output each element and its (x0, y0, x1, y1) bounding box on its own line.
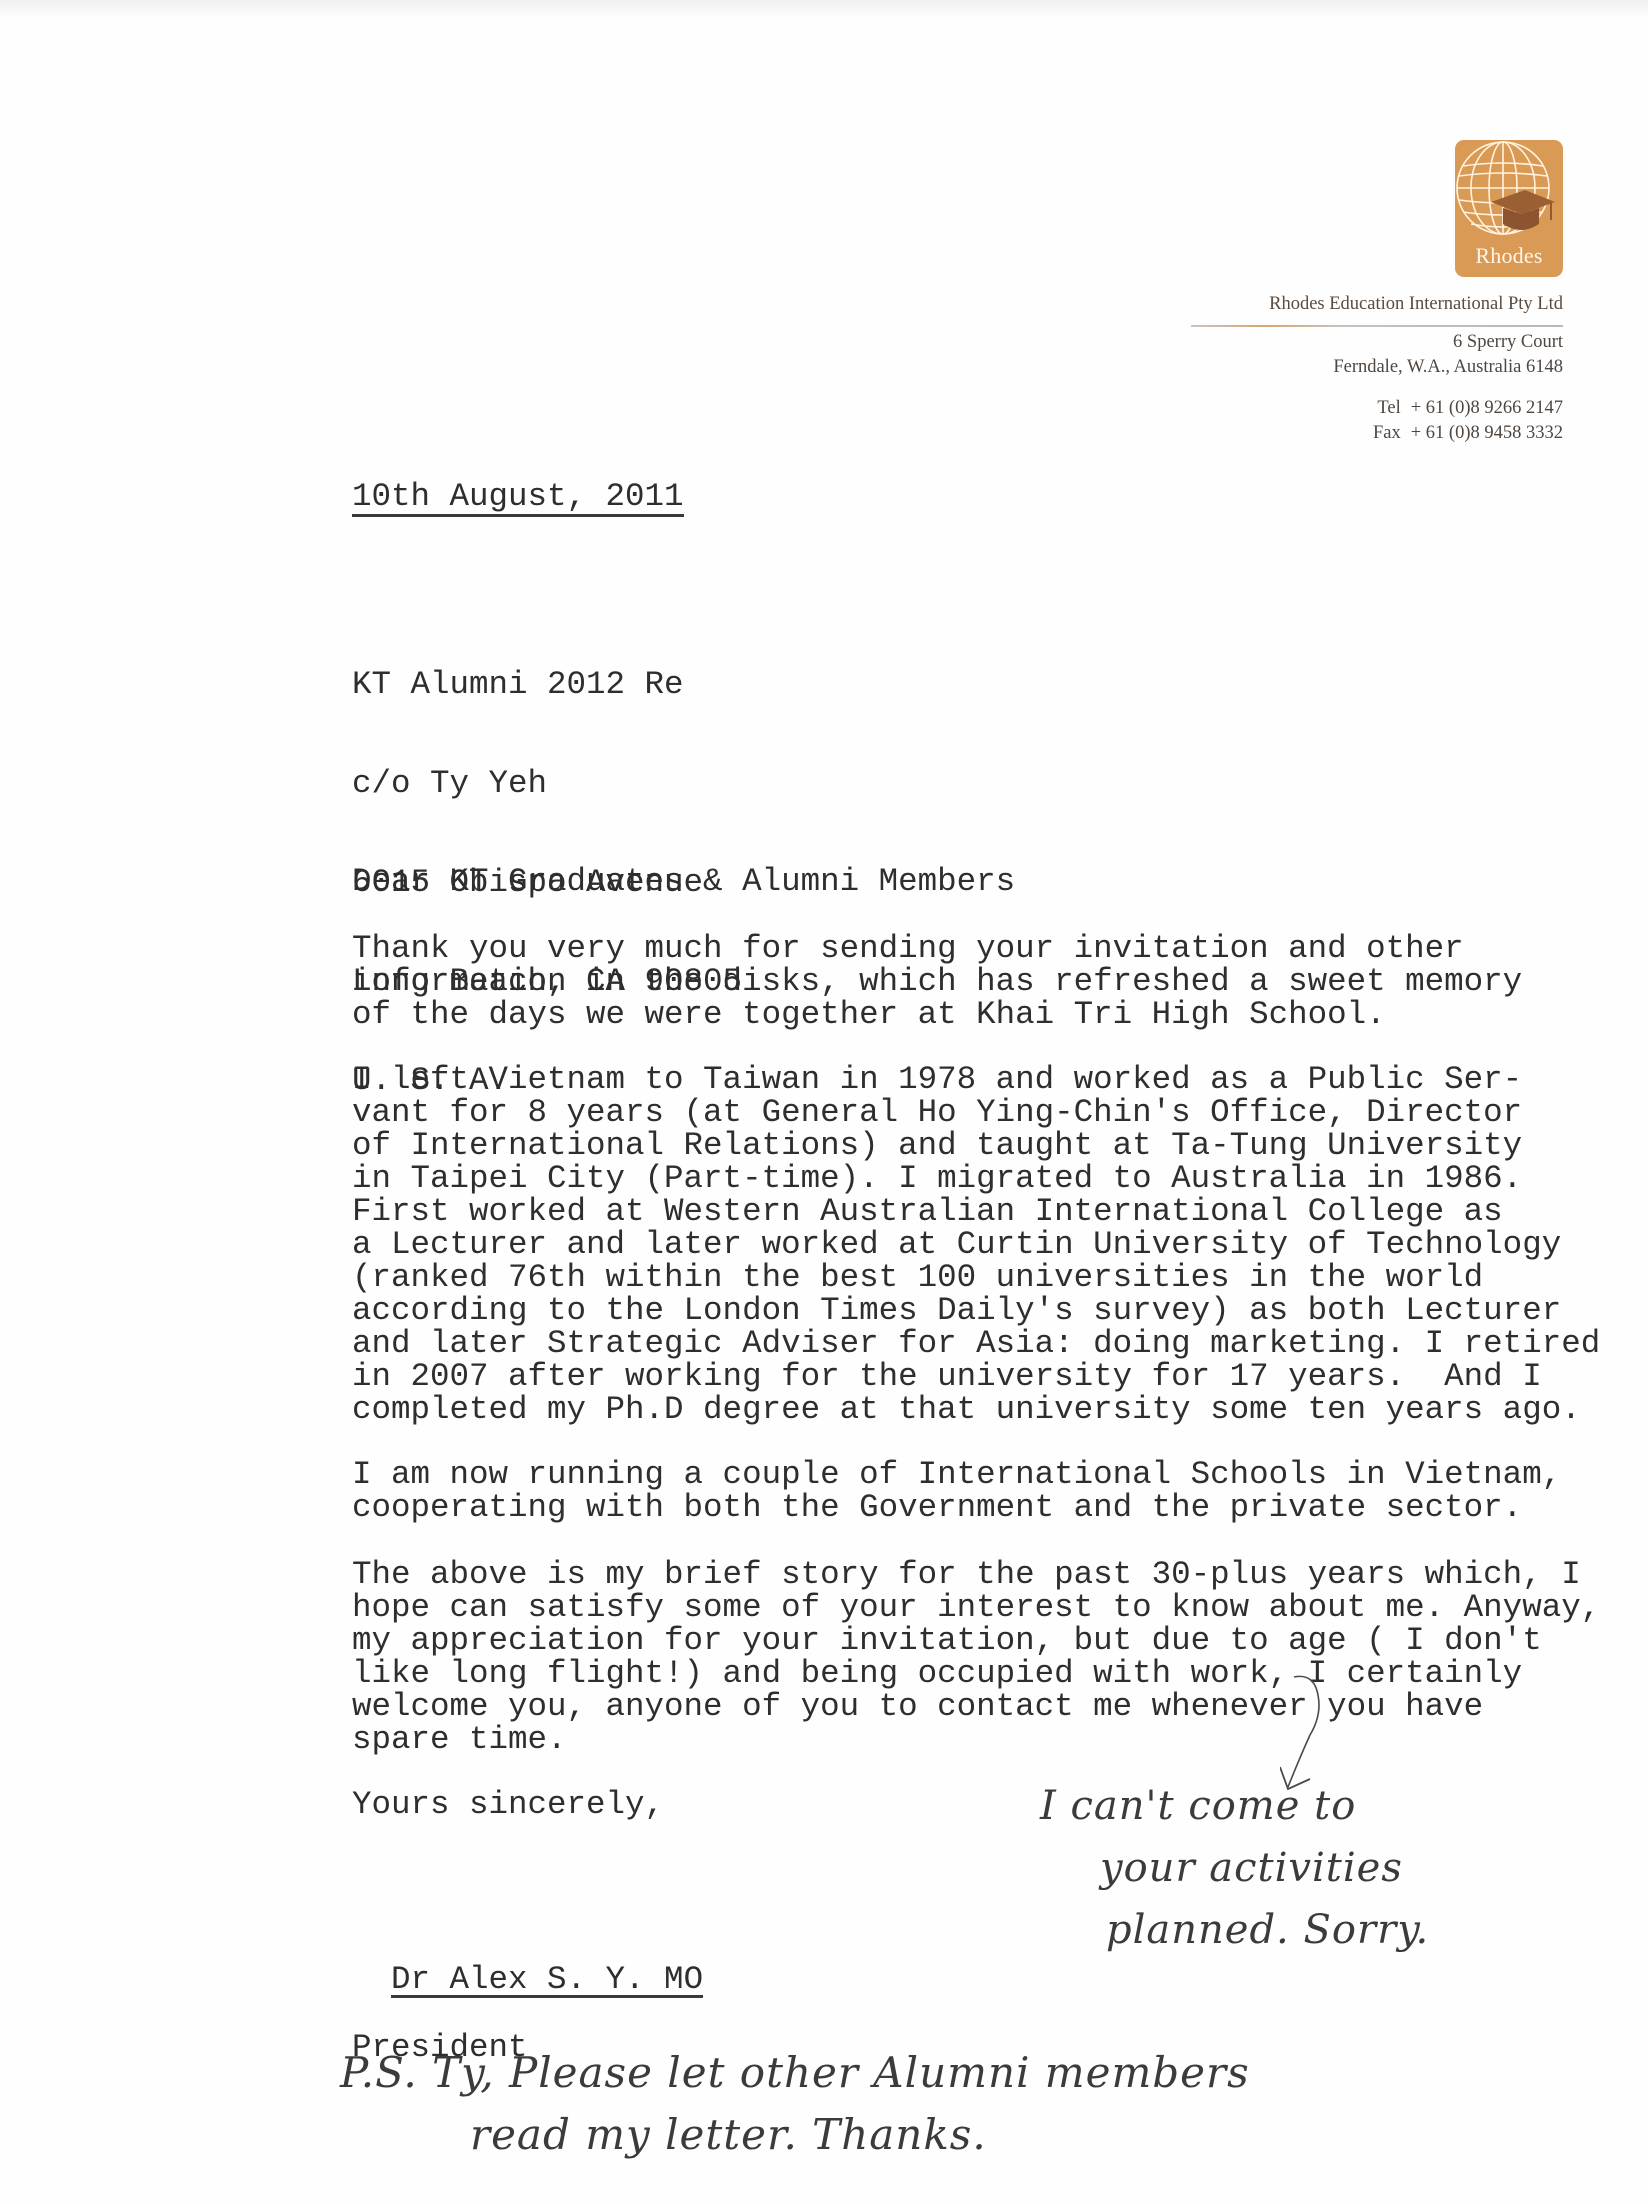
body-line: a Lecturer and later worked at Curtin Un… (352, 1228, 1648, 1261)
fax-value: + 61 (0)8 9458 3332 (1411, 423, 1563, 443)
body-line: of International Relations) and taught a… (352, 1129, 1648, 1162)
body-paragraph-1: Thank you very much for sending your inv… (352, 932, 1648, 1031)
note-line: your activities (1100, 1837, 1429, 1899)
fax-label: Fax (1373, 423, 1401, 443)
body-line: First worked at Western Australian Inter… (352, 1195, 1648, 1228)
body-line: I left Vietnam to Taiwan in 1978 and wor… (352, 1063, 1648, 1096)
body-line: The above is my brief story for the past… (352, 1558, 1648, 1591)
body-line: I am now running a couple of Internation… (352, 1458, 1648, 1491)
body-line: Thank you very much for sending your inv… (352, 932, 1648, 965)
body-line: in 2007 after working for the university… (352, 1360, 1648, 1393)
body-line: hope can satisfy some of your interest t… (352, 1591, 1648, 1624)
handwritten-postscript: P.S. Ty, Please let other Alumni members… (340, 2042, 1250, 2166)
body-line: information in the disks, which has refr… (352, 965, 1648, 998)
closing: Yours sincerely, (352, 1788, 664, 1821)
company-street: 6 Sperry Court (1453, 332, 1563, 353)
postscript-line: P.S. Ty, Please let other Alumni members (340, 2042, 1250, 2104)
body-line: cooperating with both the Government and… (352, 1491, 1648, 1524)
body-line: completed my Ph.D degree at that univers… (352, 1393, 1648, 1426)
company-name: Rhodes Education International Pty Ltd (1269, 294, 1563, 315)
body-paragraph-4: The above is my brief story for the past… (352, 1558, 1648, 1756)
company-fax: Fax+ 61 (0)8 9458 3332 (1373, 423, 1563, 444)
body-line: like long flight!) and being occupied wi… (352, 1657, 1648, 1690)
recipient-line: c/o Ty Yeh (352, 767, 742, 800)
recipient-line: KT Alumni 2012 Re (352, 668, 742, 701)
body-line: my appreciation for your invitation, but… (352, 1624, 1648, 1657)
scan-edge-shadow (0, 0, 1648, 18)
letter-date: 10th August, 2011 (352, 480, 684, 517)
note-line: planned. Sorry. (1106, 1899, 1429, 1961)
body-line: (ranked 76th within the best 100 univers… (352, 1261, 1648, 1294)
logo-text: Rhodes (1455, 243, 1563, 269)
body-line: in Taipei City (Part-time). I migrated t… (352, 1162, 1648, 1195)
note-line: I can't come to (1040, 1775, 1429, 1837)
body-line: spare time. (352, 1723, 1648, 1756)
letterhead-divider (1191, 325, 1563, 327)
tel-value: + 61 (0)8 9266 2147 (1411, 398, 1563, 418)
company-city: Ferndale, W.A., Australia 6148 (1333, 357, 1563, 378)
tel-label: Tel (1377, 398, 1400, 418)
postscript-line: read my letter. Thanks. (470, 2104, 1250, 2166)
body-line: welcome you, anyone of you to contact me… (352, 1690, 1648, 1723)
body-paragraph-2: I left Vietnam to Taiwan in 1978 and wor… (352, 1063, 1648, 1426)
body-line: according to the London Times Daily's su… (352, 1294, 1648, 1327)
body-line: and later Strategic Adviser for Asia: do… (352, 1327, 1648, 1360)
company-tel: Tel+ 61 (0)8 9266 2147 (1377, 398, 1563, 419)
body-paragraph-3: I am now running a couple of Internation… (352, 1458, 1648, 1524)
rhodes-logo: Rhodes (1455, 140, 1563, 277)
body-line: of the days we were together at Khai Tri… (352, 998, 1648, 1031)
body-line: vant for 8 years (at General Ho Ying-Chi… (352, 1096, 1648, 1129)
signer-name: Dr Alex S. Y. MO (391, 1964, 703, 1998)
salutation: Dear KT Graduates & Alumni Members (352, 865, 1015, 898)
handwritten-note: I can't come to your activities planned.… (1040, 1775, 1429, 1961)
